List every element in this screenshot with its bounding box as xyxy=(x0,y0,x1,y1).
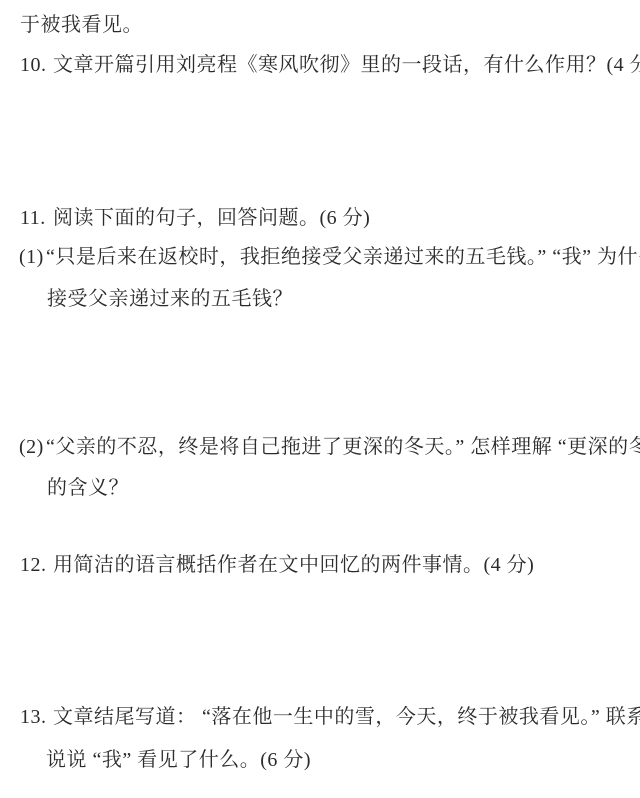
exam-document-page: 于被我看见。 10.文章开篇引用刘亮程《寒风吹彻》里的一段话，有什么作用？(4 … xyxy=(0,0,640,798)
question-11-sub1-text-line1: “只是后来在返校时，我拒绝接受父亲递过来的五毛钱。” “我” 为什么拒绝 xyxy=(46,244,640,270)
passage-fragment-text: 于被我看见。 xyxy=(20,12,143,38)
question-11-sub2-number: (2) xyxy=(19,434,46,460)
question-12-text: 用简洁的语言概括作者在文中回忆的两件事情。(4 分) xyxy=(53,552,534,578)
question-13: 13.文章结尾写道： “落在他一生中的雪，今天，终于被我看见。” 联系全文， xyxy=(20,704,640,730)
passage-fragment-line: 于被我看见。 xyxy=(20,12,143,38)
question-12-number: 12. xyxy=(20,552,53,578)
question-13-number: 13. xyxy=(20,704,53,730)
question-11-sub2-text-line2: 的含义？ xyxy=(47,475,129,501)
question-10: 10.文章开篇引用刘亮程《寒风吹彻》里的一段话，有什么作用？(4 分) xyxy=(20,52,640,78)
question-11-sub1-text-line2: 接受父亲递过来的五毛钱？ xyxy=(47,286,293,312)
question-11-text: 阅读下面的句子，回答问题。(6 分) xyxy=(53,205,370,231)
question-11-sub2-text-line1: “父亲的不忍，终是将自己拖进了更深的冬天。” 怎样理解 “更深的冬天” xyxy=(46,434,640,460)
question-10-number: 10. xyxy=(20,52,53,78)
question-11-sub1-continuation: 接受父亲递过来的五毛钱？ xyxy=(47,286,293,312)
question-13-continuation: 说说 “我” 看见了什么。(6 分) xyxy=(46,747,311,773)
question-12: 12.用简洁的语言概括作者在文中回忆的两件事情。(4 分) xyxy=(20,552,534,578)
question-10-text: 文章开篇引用刘亮程《寒风吹彻》里的一段话，有什么作用？(4 分) xyxy=(53,52,640,78)
question-11-number: 11. xyxy=(20,205,53,231)
question-11: 11.阅读下面的句子，回答问题。(6 分) xyxy=(20,205,370,231)
question-11-sub1: (1)“只是后来在返校时，我拒绝接受父亲递过来的五毛钱。” “我” 为什么拒绝 xyxy=(19,244,640,270)
question-11-sub1-number: (1) xyxy=(19,244,46,270)
question-11-sub2: (2)“父亲的不忍，终是将自己拖进了更深的冬天。” 怎样理解 “更深的冬天” xyxy=(19,434,640,460)
question-13-text-line2: 说说 “我” 看见了什么。(6 分) xyxy=(46,747,311,773)
question-13-text-line1: 文章结尾写道： “落在他一生中的雪，今天，终于被我看见。” 联系全文， xyxy=(53,704,640,730)
question-11-sub2-continuation: 的含义？ xyxy=(47,475,129,501)
